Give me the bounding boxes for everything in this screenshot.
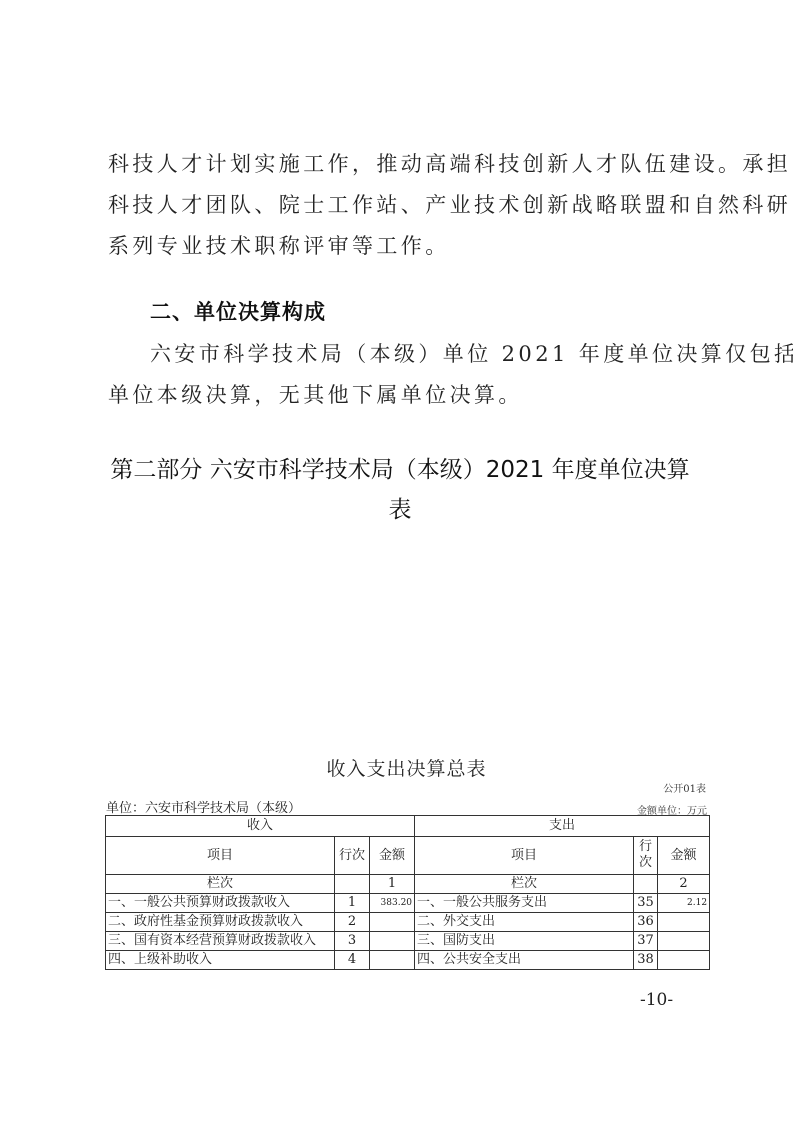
income-row-no: 3 [335,932,370,951]
income-item: 四、上级补助收入 [106,951,335,970]
table-row: 三、国有资本经营预算财政拨款收入 3 三、国防支出 37 [106,932,710,951]
expense-row-no: 36 [634,913,658,932]
expense-amount: 2.12 [658,894,710,913]
expense-header: 支出 [415,816,710,837]
income-row-header: 行次 [335,837,370,875]
part-title-line: 第二部分 六安市科学技术局（本级）2021 年度单位决算 [100,450,700,490]
income-item: 三、国有资本经营预算财政拨款收入 [106,932,335,951]
table-row: 二、政府性基金预算财政拨款收入 2 二、外交支出 36 [106,913,710,932]
expense-index-blank [634,875,658,894]
paragraph-line: 六安市科学技术局（本级）单位 2021 年度单位决算仅包括 [108,334,700,375]
income-row-no: 1 [335,894,370,913]
intro-paragraph: 科技人才计划实施工作，推动高端科技创新人才队伍建设。承担 科技人才团队、院士工作… [108,144,700,267]
expense-row-header: 行次 [634,837,658,875]
expense-index-label: 栏次 [415,875,634,894]
table-title: 收入支出决算总表 [105,754,708,781]
expense-amount [658,932,710,951]
section-heading: 二、单位决算构成 [150,296,326,326]
paragraph-line: 科技人才计划实施工作，推动高端科技创新人才队伍建设。承担 [108,144,700,185]
expense-amount [658,951,710,970]
income-item: 二、政府性基金预算财政拨款收入 [106,913,335,932]
expense-amount-header: 金额 [658,837,710,875]
expense-item: 三、国防支出 [415,932,634,951]
expense-row-no: 35 [634,894,658,913]
income-row-no: 4 [335,951,370,970]
income-amount [370,932,415,951]
income-amount: 383.20 [370,894,415,913]
income-amount-header: 金额 [370,837,415,875]
expense-amount [658,913,710,932]
income-amount [370,951,415,970]
expense-row-no: 37 [634,932,658,951]
expense-col-number: 2 [658,875,710,894]
income-header: 收入 [106,816,415,837]
income-item-header: 项目 [106,837,335,875]
table-row: 一、一般公共预算财政拨款收入 1 383.20 一、一般公共服务支出 35 2.… [106,894,710,913]
paragraph-line: 科技人才团队、院士工作站、产业技术创新战略联盟和自然科研 [108,185,700,226]
expense-item: 二、外交支出 [415,913,634,932]
paragraph-line: 单位本级决算，无其他下属单位决算。 [108,375,700,416]
table-index-row: 栏次 1 栏次 2 [106,875,710,894]
page-number: -10- [640,990,673,1010]
form-number: 公开01表 [663,780,706,795]
table-section-row: 收入 支出 [106,816,710,837]
expense-row-no: 38 [634,951,658,970]
table-header-row: 项目 行次 金额 项目 行次 金额 [106,837,710,875]
unit-label: 单位：六安市科学技术局（本级） [106,797,301,816]
income-index-label: 栏次 [106,875,335,894]
expense-item: 一、一般公共服务支出 [415,894,634,913]
income-expense-table: 收入 支出 项目 行次 金额 项目 行次 金额 栏次 1 栏次 2 一、一般公共… [105,815,710,970]
section2-paragraph: 六安市科学技术局（本级）单位 2021 年度单位决算仅包括 单位本级决算，无其他… [108,334,700,416]
income-index-blank [335,875,370,894]
income-item: 一、一般公共预算财政拨款收入 [106,894,335,913]
table-row: 四、上级补助收入 4 四、公共安全支出 38 [106,951,710,970]
expense-item: 四、公共安全支出 [415,951,634,970]
income-row-no: 2 [335,913,370,932]
income-col-number: 1 [370,875,415,894]
expense-item-header: 项目 [415,837,634,875]
paragraph-line: 系列专业技术职称评审等工作。 [108,226,700,267]
part-title: 第二部分 六安市科学技术局（本级）2021 年度单位决算 表 [100,450,700,530]
part-title-line: 表 [100,490,700,530]
income-amount [370,913,415,932]
